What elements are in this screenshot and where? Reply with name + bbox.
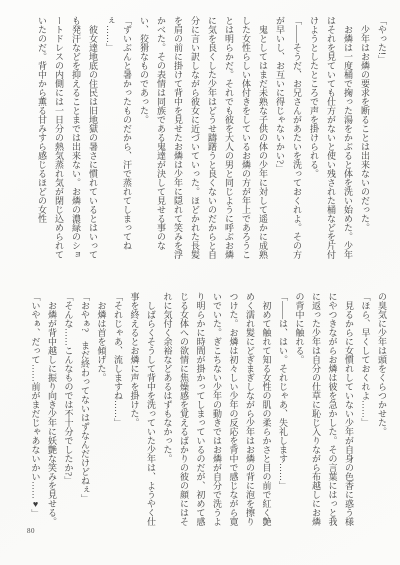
bottom-text-block: の臭気に少年は頭をくらつかせた。 「ほら、早くしておくれよ……」 見るからに女慣…	[12, 292, 390, 528]
paragraph: 見るからに女慣れしていない少年が自身の色香に惑う様にやつきながらお燐は彼を急かし…	[291, 292, 357, 528]
paragraph: 「やった!」	[373, 16, 390, 261]
paragraph: しばらくそうして背中を洗っていた少年は、ようやく仕事を終えるとお燐に声を掛けた。	[126, 292, 159, 528]
paragraph: 鬼としてはまだ未熟な子供の体の少年に対して遥かに成熟した女性らしい体付きをしてい…	[135, 16, 271, 261]
paragraph: 「それじゃあ、流しますね……」	[110, 292, 127, 528]
page-number: 80	[27, 527, 35, 535]
paragraph: 彼女達地底の住民は旧地獄の暑さに慣れているとはいっても発汗などを抑えることまでは…	[33, 16, 101, 261]
paragraph: 「おやぁ? まだ終わってないはずなんだけどねぇ」	[77, 292, 94, 528]
paragraph: 「ほら、早くしておくれよ……」	[357, 292, 374, 528]
paragraph: お燐は一度桶で掬った湯をかぶると体を洗い始めた。少年はそれを見ていても仕方がない…	[305, 16, 356, 261]
paragraph: 初めて触れて知る女性の肌の柔らかさと目の前で紅く艶めく濡れ髪にどぎまぎしながら少…	[159, 292, 275, 528]
paragraph: お燐は首を傾げた。	[93, 292, 110, 528]
top-text-block: 「やった!」 少年はお燐の要求を断ることは出来ないのだった。 お燐は一度桶で掬っ…	[12, 16, 390, 261]
novel-page: 「やった!」 少年はお燐の要求を断ることは出来ないのだった。 お燐は一度桶で掬っ…	[0, 0, 400, 565]
paragraph: 少年はお燐の要求を断ることは出来ないのだった。	[356, 16, 373, 261]
paragraph: 「そんな……こんなものでは不十分でしたか?」	[60, 292, 77, 528]
paragraph: お燐が背中越しに振り向き少年に妖艶な笑みを見せる。	[44, 292, 61, 528]
paragraph: の臭気に少年は頭をくらつかせた。	[374, 292, 391, 528]
paragraph: 「いやぁ、だって……前がまだじゃあないかい……♥」	[27, 292, 44, 528]
paragraph: 「――そうだ、お兄さんがあたいを洗っておくれよ。その方が早いし、お互いに得じゃな…	[271, 16, 305, 261]
paragraph: 「――は、はい。それじゃあ、失礼します……」	[275, 292, 292, 528]
paragraph: 「ずいぶんと暑かったものだから、汗で蒸れてしまってねぇ……」	[101, 16, 135, 261]
